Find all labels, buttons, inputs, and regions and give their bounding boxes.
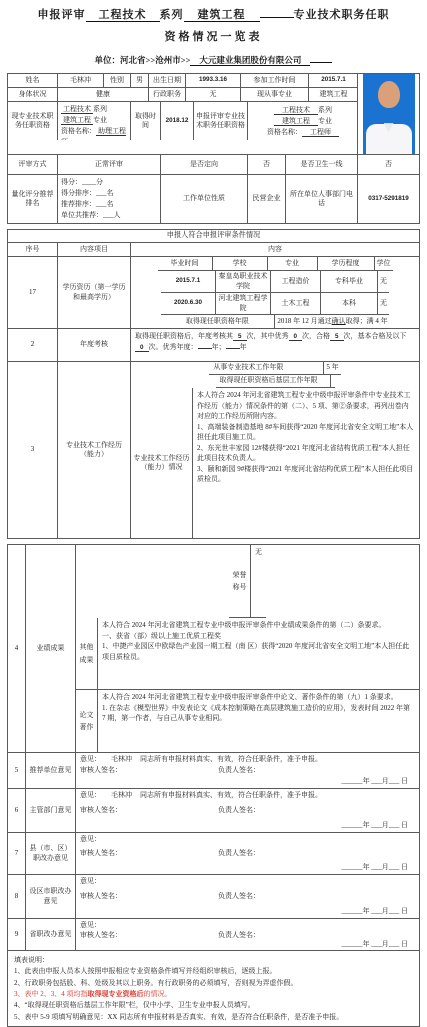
experience-content: 从事专业技术工作年限 5 年 取得现任职资格后基层工作年限 专业技术工作经历（能… (131, 362, 419, 538)
row-item: 业绩成果 (26, 545, 76, 752)
table-header-row: 序号 内容项目 内容 (8, 243, 419, 257)
birth-value: 1993.3.16 (186, 74, 241, 87)
edu1-time: 2015.7.1 (161, 271, 216, 292)
current-qual-block: 工程技术系列 建筑工程专业 资格名称：助理工程师 (58, 102, 131, 140)
major-suffix: 专业 (93, 116, 107, 124)
opinion-text: 同志所有申报材料真实、有效，符合任职条件，准予申报。 (140, 791, 322, 799)
row-no: 8 (8, 875, 26, 918)
opinion-content: 意见：毛林冲同志所有申报材料真实、有效，符合任职条件，准予申报。 审核人签名：负… (76, 789, 419, 832)
obtain-time-value: 2018.12 (161, 102, 194, 140)
row-item: 推荐单位意见 (26, 753, 76, 788)
annual-count-pass: 5 (330, 333, 344, 341)
paper-paragraph: 1. 在杂志《模型世界》中发表论文《成本控制策略在高层建筑施工造价的应用》，发表… (102, 703, 415, 724)
edu-col-time: 毕业时间 (158, 257, 213, 270)
qual-name-label: 资格名称： (267, 128, 302, 136)
unit-value: 大元建业集团股份有限公司 (190, 55, 310, 66)
opinion-label: 意见： (80, 921, 101, 929)
edu-row-2: 2020.6.30 河北建筑工程学院 土木工程 本科 无 (161, 293, 389, 315)
other-achievement-paragraph: 本人符合 2024 年河北省建筑工程专业中级申报评审条件中业绩成果条件的第（二）… (102, 620, 415, 631)
date-line: ______年 ___月___ 日 (80, 940, 414, 949)
conditions-table: 申报人符合申报评审条件情况 序号 内容项目 内容 17 学历资历（第一学历和最高… (7, 229, 420, 539)
opinion-content: 意见： 审核人签名：负责人签名： ______年 ___月___ 日 (76, 919, 419, 950)
birth-label: 出生日期 (149, 74, 186, 87)
score-rank-label: 量化评分推荐排名 (8, 175, 58, 223)
edu-col-major: 专业 (268, 257, 318, 270)
title-mid: 系列 (160, 9, 184, 21)
row-no: 9 (8, 919, 26, 950)
opinion-content: 意见： 审核人签名：负责人签名： ______年 ___月___ 日 (76, 875, 419, 918)
work-start-value: 2015.7.1 (309, 74, 358, 87)
blank-line (198, 342, 212, 349)
opinion-row-province-office: 9 省职改办意见 意见： 审核人签名：负责人签名： ______年 ___月__… (8, 919, 419, 951)
major-suffix: 专业 (318, 117, 332, 125)
leader-sign-label: 负责人签名： (218, 931, 260, 940)
opinion-text: 同志所有申报材料真实、有效，符合任职条件，准予申报。 (140, 755, 322, 763)
note3-bold: 取得现专业资格后 (88, 990, 144, 998)
health-label: 身体状况 (8, 88, 58, 101)
row-item: 学历资历（第一学历和最高学历） (58, 257, 131, 328)
annual-review-content: 取得现任职资格后，年度考核其5次，其中优秀0次，合格5次，基本合格及以下0次。优… (131, 329, 419, 361)
review-method-label: 评审方式 (8, 155, 58, 174)
apply-series: 工程技术 (274, 106, 318, 115)
row-item: 县（市、区）职改办意见 (26, 833, 76, 874)
exp-grassroots-row: 取得现任职资格后基层工作年限 (216, 375, 335, 388)
exp-grassroots-label: 取得现任职资格后基层工作年限 (216, 375, 331, 387)
major-blank-value: 建筑工程 (184, 9, 260, 22)
notes-row: 填表说明： 1、此表由申报人员本人按照申报相应专业资格条件填写并经组织审核后，逐… (8, 951, 419, 1026)
opinion-label: 意见： (80, 877, 101, 885)
opinion-label: 意见： (80, 791, 101, 799)
honor-label: 荣誉称号 (231, 565, 248, 598)
row-item: 主管部门意见 (26, 789, 76, 832)
papers-row: 论文著作 本人符合 2024 年河北省建筑工程专业中级申报评审条件中论文、著作条… (76, 690, 419, 752)
gender-label: 性别 (104, 74, 131, 87)
paper-paragraph: 本人符合 2024 年河北省建筑工程专业中级申报评审条件中论文、著作条件的第（九… (102, 692, 415, 703)
col-no: 序号 (8, 243, 58, 256)
employer-type-value: 民营企业 (248, 175, 286, 223)
score-line: 得分排序：___名 (61, 189, 114, 197)
table-row: 量化评分推荐排名 得分：____分 得分排序：___名 推荐排序：___名 单位… (8, 175, 419, 223)
col-item: 内容项目 (58, 243, 131, 256)
annual-count-total: 5 (233, 333, 247, 341)
achievements-opinions-table: 4 业绩成果 荣誉称号 无 其他成果 本人符合 2024 年河北省建筑工程专业中… (7, 544, 420, 1027)
table-row: 身体状况 健康 行政职务 无 现从事专业 建筑工程 (8, 88, 357, 102)
note3-pre: 3、表中 2、3、4 项均指 (14, 990, 88, 998)
directional-label: 是否定向 (161, 155, 248, 174)
note-item: 2、行政职务包括股、科、处级及其以上职务。有行政职务的必须填写，否则视为弄虚作假… (14, 978, 343, 989)
edu1-level: 专科毕业 (321, 271, 378, 292)
health-line-label: 是否卫生一线 (286, 155, 358, 174)
score-line: 推荐排序：___名 (61, 200, 114, 208)
id-photo (363, 74, 415, 154)
edu-row-1: 2015.7.1 秦皇岛职业技术学院 工程造价 专科毕业 无 (161, 271, 389, 293)
other-achievement-paragraph: 一、获省（部）级以上施工优质工程奖 (102, 631, 415, 642)
date-line: ______年 ___月___ 日 (80, 821, 414, 830)
honor-content: 无 (251, 545, 266, 617)
leader-sign-label: 负责人签名： (218, 849, 260, 858)
apply-major: 建筑工程 (274, 117, 318, 126)
papers-content: 本人符合 2024 年河北省建筑工程专业中级申报评审条件中论文、著作条件的第（九… (98, 690, 419, 752)
achievements-row: 4 业绩成果 荣誉称号 无 其他成果 本人符合 2024 年河北省建筑工程专业中… (8, 545, 419, 753)
annual-review-row: 2 年度考核 取得现任职资格后，年度考核其5次，其中优秀0次，合格5次，基本合格… (8, 329, 419, 362)
other-achievement-paragraph: 1、中捷产业园区中欧绿色产业园一期工程（南 区）获得“2020 年度河北省安全文… (102, 641, 415, 662)
row-item: 年度考核 (58, 329, 131, 361)
opinion-row-recommending-unit: 5 推荐单位意见 意见：毛林冲同志所有申报材料真实、有效，符合任职条件，准予申报… (8, 753, 419, 789)
photo-person-head (378, 81, 400, 108)
reviewer-sign-label: 审核人签名： (80, 806, 122, 815)
edu2-time: 2020.6.30 (161, 293, 216, 314)
employer-type-label: 工作单位性质 (161, 175, 248, 223)
annual-text: 取得现任职资格后，年度考核其 (135, 332, 233, 340)
row-no: 6 (8, 789, 26, 832)
name-label: 姓名 (8, 74, 58, 87)
admin-value: 无 (186, 88, 241, 101)
unit-label: 单位：河北省>>沧州市>> (95, 55, 191, 65)
apply-qual-name: 工程师 (302, 128, 339, 137)
tenure-pre: 2018 年 12 月通过 (277, 317, 331, 325)
opinion-content: 意见：毛林冲同志所有申报材料真实、有效，符合任职条件，准予申报。 审核人签名：负… (76, 753, 419, 788)
exp-detail-paragraph: 2、东光世丰家园 12#楼获得“2021 年度河北省结构优质工程”本人担任此项目… (197, 443, 415, 464)
col-content: 内容 (131, 243, 419, 256)
annual-text: 年； (212, 343, 226, 351)
current-major: 建筑工程 (61, 116, 93, 125)
row-no: 7 (8, 833, 26, 874)
review-method-value: 正常评审 (58, 155, 161, 174)
date-line: ______年 ___月___ 日 (80, 863, 414, 872)
edu1-degree: 无 (378, 271, 389, 292)
row-item: 专业技术工作经历（能力） (58, 362, 131, 538)
note-item: 4、“取得现任职资格后基层工作年限”栏，仅中小学、卫生专业申报人员填写。 (14, 1000, 343, 1011)
form-notes: 填表说明： 1、此表由申报人员本人按照申报相应专业资格条件填写并经组织审核后，逐… (8, 951, 349, 1026)
row-no: 3 (8, 362, 58, 538)
notes-title: 填表说明： (14, 955, 343, 966)
reviewer-sign-label: 审核人签名： (80, 849, 122, 858)
edu2-major: 土木工程 (271, 293, 321, 314)
opinion-name: 毛林冲 (111, 755, 132, 763)
admin-label: 行政职务 (149, 88, 186, 101)
qual-name-label: 资格名称： (61, 127, 96, 135)
apply-qual-label: 申报评审专业技术职务任职资格 (194, 102, 248, 140)
opinion-name: 毛林冲 (111, 791, 132, 799)
series-suffix: 系列 (318, 106, 332, 114)
blank-line (226, 342, 240, 349)
unit-line: 单位：河北省>>沧州市>>大元建业集团股份有限公司 (7, 54, 420, 66)
other-achievements-label: 其他成果 (78, 637, 95, 670)
table-row: 现专业技术职务任职资格 工程技术系列 建筑工程专业 资格名称：助理工程师 取得时… (8, 102, 357, 140)
exp-detail-content: 本人符合 2024 年河北省建筑工程专业中级申报评审条件中专业技术工作经历（能力… (193, 388, 419, 538)
opinion-row-county-office: 7 县（市、区）职改办意见 意见： 审核人签名：负责人签名： ______年 _… (8, 833, 419, 875)
tenure-post: 取得；满 4 年 (346, 317, 388, 325)
row-item: 省职改办意见 (26, 919, 76, 950)
hr-phone-label: 所在单位人事部门电话 (286, 175, 358, 223)
row-no: 17 (8, 257, 58, 328)
tenure-underlined: 确认 (332, 317, 346, 325)
exp-detail-paragraph: 1、高端装备制造基地 8#车间获得“2020 年度河北省安全文明工地”本人担任此… (197, 422, 415, 443)
papers-label: 论文著作 (78, 705, 95, 738)
edu-header-row: 毕业时间 学校 专业 学历程度 学位 (158, 257, 393, 271)
opinion-content: 意见： 审核人签名：负责人签名： ______年 ___月___ 日 (76, 833, 419, 874)
score-line: 单位共推荐：___人 (61, 211, 121, 219)
series-blank-value: 工程技术 (86, 9, 160, 22)
blank-line (310, 54, 332, 63)
note-item: 1、此表由申报人员本人按照申报相应专业资格条件填写并经组织审核后，逐级上报。 (14, 966, 343, 977)
form-page: 申报评审工程技术系列建筑工程专业技术职务任职 资格情况一览表 单位：河北省>>沧… (0, 0, 427, 1027)
profession-label: 现从事专业 (241, 88, 309, 101)
opinion-label: 意见： (80, 755, 101, 763)
work-start-label: 参加工作时间 (241, 74, 309, 87)
series-suffix: 系列 (93, 105, 107, 113)
honor-row: 荣誉称号 无 (229, 545, 266, 618)
row-item: 设区市职改办意见 (26, 875, 76, 918)
reviewer-sign-label: 审核人签名： (80, 931, 122, 940)
edu1-major: 工程造价 (271, 271, 321, 292)
table-row: 姓名 毛林冲 性别 男 出生日期 1993.3.16 参加工作时间 2015.7… (8, 74, 357, 88)
exp-years-row: 从事专业技术工作年限 5 年 (209, 362, 340, 375)
annual-text: 次，合格 (302, 332, 330, 340)
date-line: ______年 ___月___ 日 (80, 777, 414, 786)
row-no: 5 (8, 753, 26, 788)
exp-detail-row: 专业技术工作经历（能力）情况 本人符合 2024 年河北省建筑工程专业中级申报评… (131, 388, 419, 538)
apply-qual-block: 工程技术系列 建筑工程专业 资格名称：工程师 (248, 102, 358, 140)
annual-text: 年 (240, 343, 247, 351)
hr-phone-value: 0317-5291819 (358, 175, 419, 223)
leader-sign-label: 负责人签名： (218, 806, 260, 815)
name-value: 毛林冲 (58, 74, 104, 87)
education-row: 17 学历资历（第一学历和最高学历） 毕业时间 学校 专业 学历程度 学位 20… (8, 257, 419, 329)
table-row: 评审方式 正常评审 是否定向 否 是否卫生一线 否 (8, 155, 419, 175)
directional-value: 否 (248, 155, 286, 174)
exp-years-value: 5 年 (324, 362, 340, 374)
row-no: 4 (8, 545, 26, 752)
row-no: 2 (8, 329, 58, 361)
profession-value: 建筑工程 (309, 88, 358, 101)
note3-post: 的情况。 (144, 990, 172, 998)
achievements-content: 荣誉称号 无 其他成果 本人符合 2024 年河北省建筑工程专业中级申报评审条件… (76, 545, 419, 752)
other-achievements-content: 本人符合 2024 年河北省建筑工程专业中级申报评审条件中业绩成果条件的第（二）… (98, 618, 419, 689)
annual-text: 次，基本合格及以下 (344, 332, 407, 340)
id-photo-cell (358, 74, 419, 154)
form-title-line1: 申报评审工程技术系列建筑工程专业技术职务任职 (7, 8, 420, 23)
title-prefix: 申报评审 (38, 9, 86, 21)
score-line: 得分：____分 (61, 178, 103, 186)
personal-info-table: 姓名 毛林冲 性别 男 出生日期 1993.3.16 参加工作时间 2015.7… (7, 73, 420, 224)
edu2-school: 河北建筑工程学院 (216, 293, 271, 314)
current-series: 工程技术 (61, 105, 93, 114)
annual-count-basic: 0 (135, 344, 149, 352)
reviewer-sign-label: 审核人签名： (80, 892, 122, 901)
education-content: 毕业时间 学校 专业 学历程度 学位 2015.7.1 秦皇岛职业技术学院 工程… (131, 257, 419, 328)
section-title: 申报人符合申报评审条件情况 (8, 230, 419, 242)
reviewer-sign-label: 审核人签名： (80, 766, 122, 775)
gender-value: 男 (131, 74, 149, 87)
score-rank-block: 得分：____分 得分排序：___名 推荐排序：___名 单位共推荐：___人 (58, 175, 161, 223)
edu1-school: 秦皇岛职业技术学院 (216, 271, 271, 292)
annual-text: 次。优秀年度： (149, 343, 198, 351)
note-item: 5、表中 5-9 项填写明确意见：XX 同志所有申报材料是否真实、有效，是否符合… (14, 1012, 343, 1023)
date-line: ______年 ___月___ 日 (80, 907, 414, 916)
annual-count-excellent: 0 (289, 333, 303, 341)
exp-detail-paragraph: 3、颐和新园 9#楼获得“2021 年度河北省结构优质工程”本人担任此项目质检员… (197, 464, 415, 485)
obtain-time-label: 取得时间 (131, 102, 161, 140)
other-achievements-row: 其他成果 本人符合 2024 年河北省建筑工程专业中级申报评审条件中业绩成果条件… (76, 618, 419, 690)
exp-detail-label: 专业技术工作经历（能力）情况 (131, 388, 193, 538)
opinion-row-competent-department: 6 主管部门意见 意见：毛林冲同志所有申报材料真实、有效，符合任职条件，准予申报… (8, 789, 419, 833)
tenure-label: 取得现任职资格年限 (160, 315, 275, 328)
annual-text: 次，其中优秀 (247, 332, 289, 340)
tenure-row: 取得现任职资格年限 2018 年 12 月通过确认取得；满 4 年 (160, 315, 389, 328)
health-line-value: 否 (358, 155, 419, 174)
title-suffix: 专业技术职务任职 (294, 9, 390, 21)
edu-col-school: 学校 (213, 257, 268, 270)
health-value: 健康 (58, 88, 149, 101)
edu2-level: 本科 (321, 293, 378, 314)
leader-sign-label: 负责人签名： (218, 892, 260, 901)
exp-detail-paragraph: 本人符合 2024 年河北省建筑工程专业中级申报评审条件中专业技术工作经历（能力… (197, 390, 415, 422)
edu-col-level: 学历程度 (318, 257, 375, 270)
edu2-degree: 无 (378, 293, 389, 314)
current-qual-label: 现专业技术职务任职资格 (8, 102, 58, 140)
opinion-label: 意见： (80, 835, 101, 843)
form-title-line2: 资格情况一览表 (7, 30, 420, 45)
exp-grassroots-value (331, 375, 335, 387)
opinion-row-city-office: 8 设区市职改办意见 意见： 审核人签名：负责人签名： ______年 ___月… (8, 875, 419, 919)
experience-row: 3 专业技术工作经历（能力） 从事专业技术工作年限 5 年 取得现任职资格后基层… (8, 362, 419, 538)
edu-col-degree: 学位 (375, 257, 393, 270)
leader-sign-label: 负责人签名： (218, 766, 260, 775)
exp-years-label: 从事专业技术工作年限 (209, 362, 324, 374)
tenure-value: 2018 年 12 月通过确认取得；满 4 年 (275, 315, 389, 328)
blank-line (260, 9, 294, 18)
note-item-red: 3、表中 2、3、4 项均指取得现专业资格后的情况。 (14, 989, 343, 1000)
